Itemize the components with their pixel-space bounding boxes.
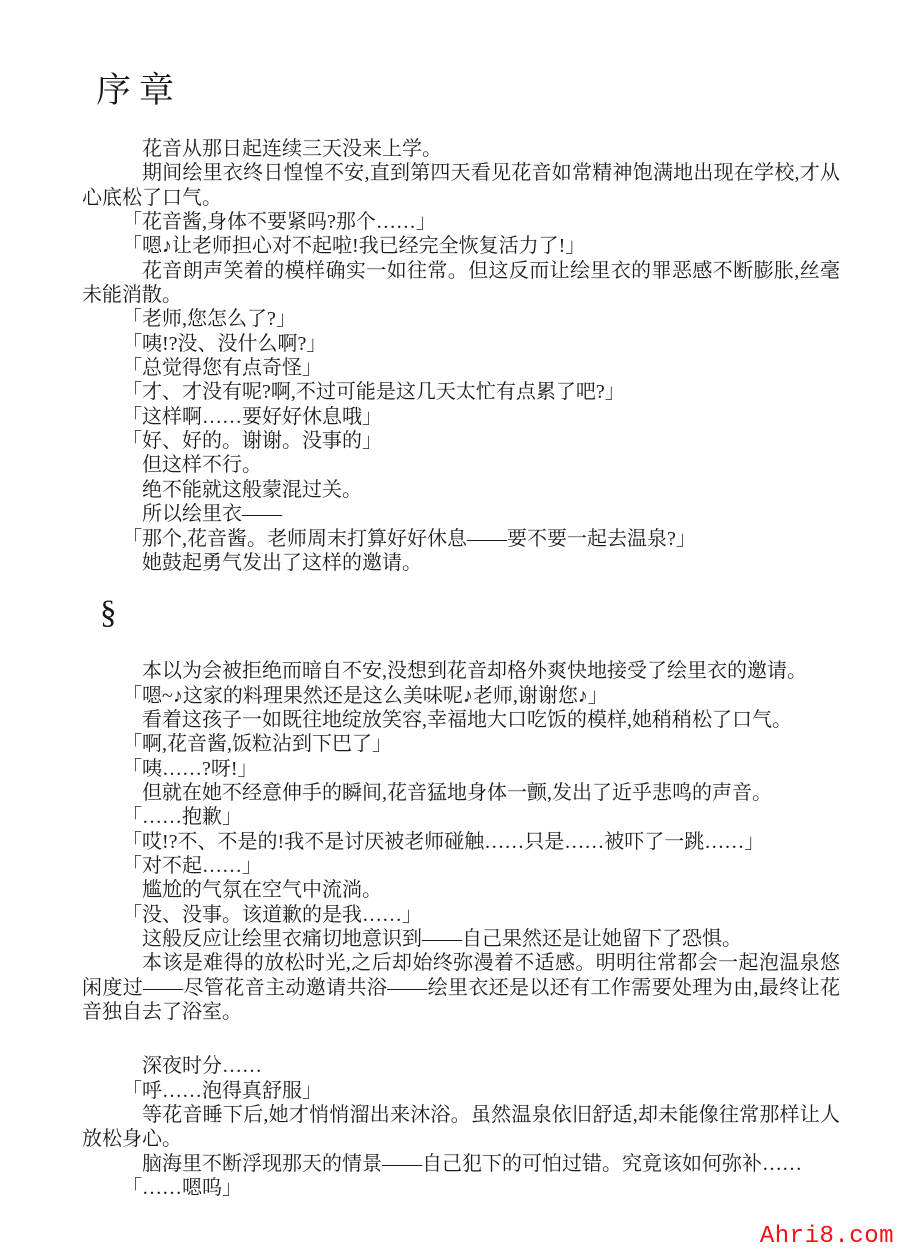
dialogue-line: 「好、好的。谢谢。没事的」 — [82, 429, 840, 453]
dialogue-line: 「呼……泡得真舒服」 — [82, 1079, 840, 1103]
narrative-paragraph: 等花音睡下后,她才悄悄溜出来沐浴。虽然温泉依旧舒适,却未能像往常那样让人放松身心… — [82, 1103, 840, 1152]
narrative-paragraph: 看着这孩子一如既往地绽放笑容,幸福地大口吃饭的模样,她稍稍松了口气。 — [82, 708, 840, 732]
dialogue-line: 「……嗯呜」 — [82, 1176, 840, 1200]
dialogue-line: 「咦……?呀!」 — [82, 757, 840, 781]
narrative-paragraph: 尴尬的气氛在空气中流淌。 — [82, 878, 840, 902]
narrative-paragraph: 绝不能就这般蒙混过关。 — [82, 478, 840, 502]
narrative-paragraph: 深夜时分…… — [82, 1054, 840, 1078]
dialogue-line: 「啊,花音酱,饭粒沾到下巴了」 — [82, 732, 840, 756]
narrative-paragraph: 期间绘里衣终日惶惶不安,直到第四天看见花音如常精神饱满地出现在学校,才从心底松了… — [82, 161, 840, 210]
dialogue-line: 「嗯♪让老师担心对不起啦!我已经完全恢复活力了!」 — [82, 234, 840, 258]
narrative-paragraph: 本以为会被拒绝而暗自不安,没想到花音却格外爽快地接受了绘里衣的邀请。 — [82, 659, 840, 683]
dialogue-line: 「咦!?没、没什么啊?」 — [82, 332, 840, 356]
narrative-paragraph: 她鼓起勇气发出了这样的邀请。 — [82, 551, 840, 575]
watermark-site-label: Ahri8.com — [760, 1223, 894, 1250]
story-text: 花音从那日起连续三天没来上学。期间绘里衣终日惶惶不安,直到第四天看见花音如常精神… — [82, 137, 840, 1200]
dialogue-line: 「……抱歉」 — [82, 805, 840, 829]
chapter-title: 序章 — [96, 70, 182, 112]
narrative-paragraph: 但就在她不经意伸手的瞬间,花音猛地身体一颤,发出了近乎悲鸣的声音。 — [82, 781, 840, 805]
narrative-paragraph: 所以绘里衣—— — [82, 502, 840, 526]
dialogue-line: 「总觉得您有点奇怪」 — [82, 356, 840, 380]
dialogue-line: 「哎!?不、不是的!我不是讨厌被老师碰触……只是……被吓了一跳……」 — [82, 830, 840, 854]
dialogue-line: 「老师,您怎么了?」 — [82, 307, 840, 331]
section-divider: § — [100, 593, 840, 633]
narrative-paragraph: 本该是难得的放松时光,之后却始终弥漫着不适感。明明往常都会一起泡温泉悠闲度过——… — [82, 951, 840, 1024]
dialogue-line: 「花音酱,身体不要紧吗?那个……」 — [82, 210, 840, 234]
narrative-paragraph: 花音朗声笑着的模样确实一如往常。但这反而让绘里衣的罪恶感不断膨胀,丝毫未能消散。 — [82, 259, 840, 308]
dialogue-line: 「对不起……」 — [82, 854, 840, 878]
narrative-paragraph: 这般反应让绘里衣痛切地意识到——自己果然还是让她留下了恐惧。 — [82, 927, 840, 951]
narrative-paragraph: 但这样不行。 — [82, 453, 840, 477]
narrative-paragraph: 脑海里不断浮现那天的情景——自己犯下的可怕过错。究竟该如何弥补…… — [82, 1152, 840, 1176]
dialogue-line: 「才、才没有呢?啊,不过可能是这几天太忙有点累了吧?」 — [82, 380, 840, 404]
dialogue-line: 「嗯~♪这家的料理果然还是这么美味呢♪老师,谢谢您♪」 — [82, 684, 840, 708]
novel-page: 序章 花音从那日起连续三天没来上学。期间绘里衣终日惶惶不安,直到第四天看见花音如… — [0, 0, 900, 1259]
dialogue-line: 「没、没事。该道歉的是我……」 — [82, 903, 840, 927]
narrative-paragraph: 花音从那日起连续三天没来上学。 — [82, 137, 840, 161]
dialogue-line: 「那个,花音酱。老师周末打算好好休息——要不要一起去温泉?」 — [82, 527, 840, 551]
dialogue-line: 「这样啊……要好好休息哦」 — [82, 405, 840, 429]
